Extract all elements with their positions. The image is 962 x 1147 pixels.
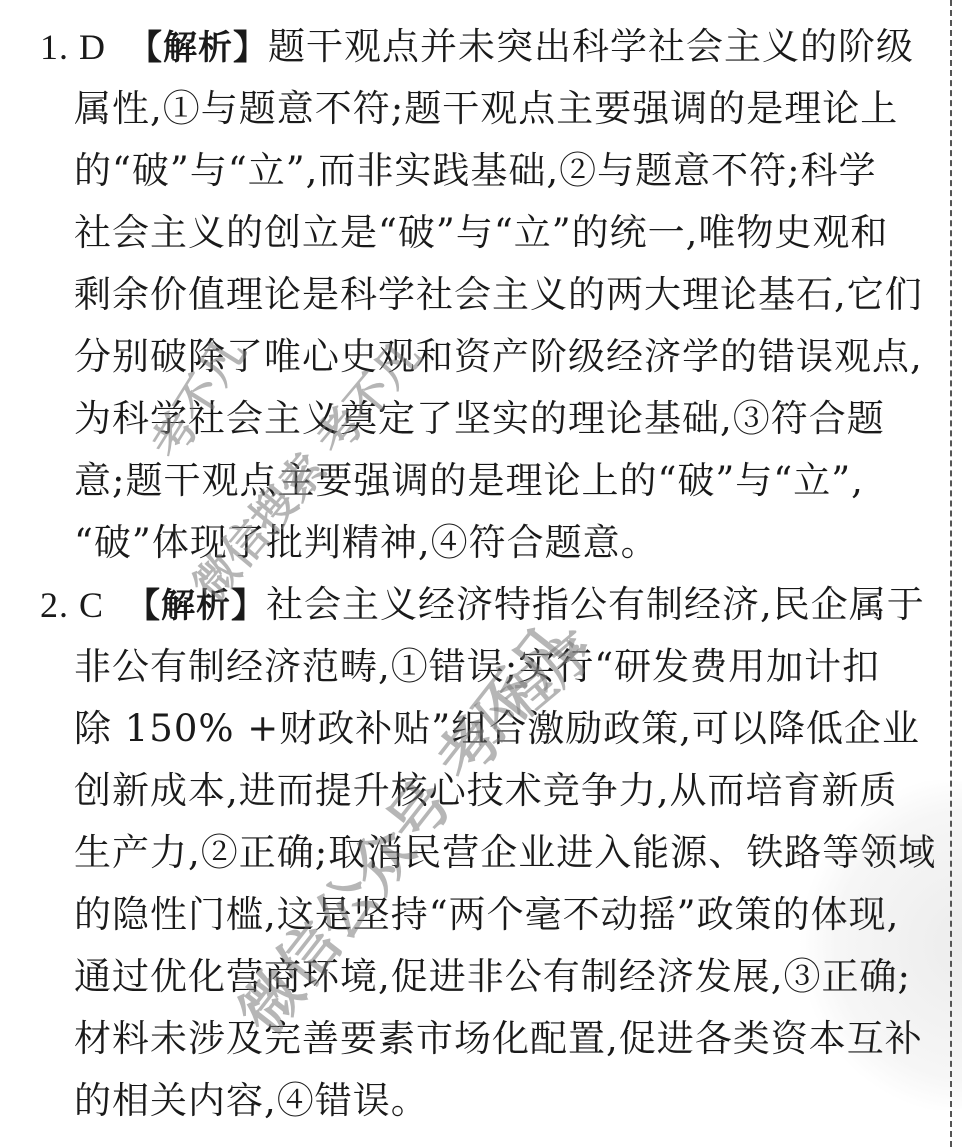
explanation-line: 材料未涉及完善要素市场化配置,促进各类资本互补 xyxy=(40,1008,920,1070)
question-number: 1. D xyxy=(40,16,106,78)
explanation-line: 社会主义经济特指公有制经济,民企属于 xyxy=(266,583,925,626)
answer-item-2: 2. C【解析】社会主义经济特指公有制经济,民企属于 非公有制经济范畴,①错误;… xyxy=(40,574,920,1132)
explanation-content: 1. D【解析】题干观点并未突出科学社会主义的阶级 属性,①与题意不符;题干观点… xyxy=(40,16,920,1132)
analysis-tag: 【解析】 xyxy=(128,28,268,68)
explanation-line: 属性,①与题意不符;题干观点主要强调的是理论上 xyxy=(40,78,920,140)
explanation-line: 为科学社会主义奠定了坚实的理论基础,③符合题 xyxy=(40,388,920,450)
explanation-line: 非公有制经济范畴,①错误;实行“研发费用加计扣 xyxy=(40,636,920,698)
explanation-line: 社会主义的创立是“破”与“立”的统一,唯物史观和 xyxy=(40,202,920,264)
answer-explanation-page: 1. D【解析】题干观点并未突出科学社会主义的阶级 属性,①与题意不符;题干观点… xyxy=(0,0,962,1147)
explanation-line: 的隐性门槛,这是坚持“两个毫不动摇”政策的体现, xyxy=(40,884,920,946)
dashed-margin-rule xyxy=(950,0,952,1147)
explanation-line: 创新成本,进而提升核心技术竞争力,从而培育新质 xyxy=(40,760,920,822)
explanation-line: 生产力,②正确;取消民营企业进入能源、铁路等领域 xyxy=(40,822,920,884)
explanation-line: 通过优化营商环境,促进非公有制经济发展,③正确; xyxy=(40,946,920,1008)
question-number: 2. C xyxy=(40,574,104,636)
answer-item-1: 1. D【解析】题干观点并未突出科学社会主义的阶级 属性,①与题意不符;题干观点… xyxy=(40,16,920,574)
explanation-line: 意;题干观点主要强调的是理论上的“破”与“立”, xyxy=(40,450,920,512)
explanation-line: 的“破”与“立”,而非实践基础,②与题意不符;科学 xyxy=(40,140,920,202)
explanation-line: “破”体现了批判精神,④符合题意。 xyxy=(40,512,920,574)
analysis-tag: 【解析】 xyxy=(126,586,266,626)
explanation-line: 剩余价值理论是科学社会主义的两大理论基石,它们 xyxy=(40,264,920,326)
explanation-line: 除 150% +财政补贴”组合激励政策,可以降低企业 xyxy=(40,698,920,760)
explanation-line: 题干观点并未突出科学社会主义的阶级 xyxy=(268,25,914,68)
explanation-line: 的相关内容,④错误。 xyxy=(40,1070,920,1132)
explanation-line: 分别破除了唯心史观和资产阶级经济学的错误观点, xyxy=(40,326,920,388)
